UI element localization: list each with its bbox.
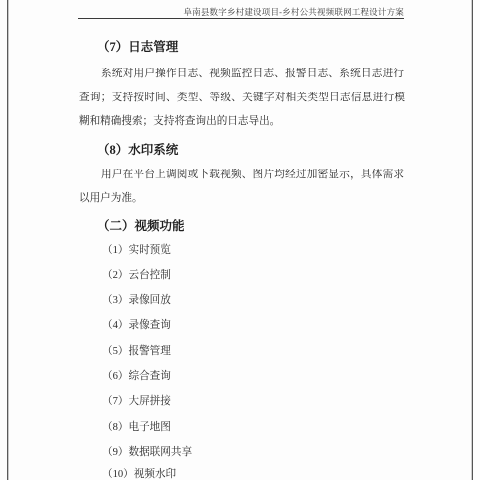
paragraph-line: 以用户为准。 [79, 193, 143, 206]
document-page: 阜南县数字乡村建设项目-乡村公共视频联网工程设计方案 （7）日志管理 系统对用户… [0, 0, 480, 480]
list-item-comprehensive-query: （6）综合查询 [102, 371, 171, 384]
list-item-ptz-control: （2）云台控制 [102, 270, 171, 283]
section-heading-video-functions: （二）视频功能 [97, 219, 185, 233]
list-item-alarm-management: （5）报警管理 [102, 346, 171, 359]
list-item-electronic-map: （8）电子地图 [102, 422, 171, 435]
page-left-border [7, 0, 8, 480]
paragraph-line: 用户在平台上调阅或下载视频、图片均经过加密显示，具体需求 [101, 169, 404, 182]
list-item-video-wall: （7）大屏拼接 [102, 396, 171, 409]
header-rule [78, 18, 404, 19]
list-item-recording-query: （4）录像查询 [102, 320, 171, 333]
section-heading-log-management: （7）日志管理 [97, 40, 178, 54]
header-title: 阜南县数字乡村建设项目-乡村公共视频联网工程设计方案 [0, 6, 404, 18]
list-item-video-watermark: （10）视频水印 [102, 469, 176, 480]
list-item-recording-playback: （3）录像回放 [102, 295, 171, 308]
page-right-border [472, 0, 473, 480]
paragraph-line: 查询；支持按时间、类型、等级、关键字对相关类型日志信息进行模 [79, 92, 405, 105]
paragraph-line: 糊和精确搜索；支持将查询出的日志导出。 [79, 116, 280, 129]
list-item-realtime-preview: （1）实时预览 [102, 245, 171, 258]
paragraph-line: 系统对用户操作日志、视频监控日志、报警日志、系统日志进行 [101, 68, 404, 81]
section-heading-watermark-system: （8）水印系统 [97, 143, 178, 157]
list-item-data-network-sharing: （9）数据联网共享 [102, 447, 192, 460]
